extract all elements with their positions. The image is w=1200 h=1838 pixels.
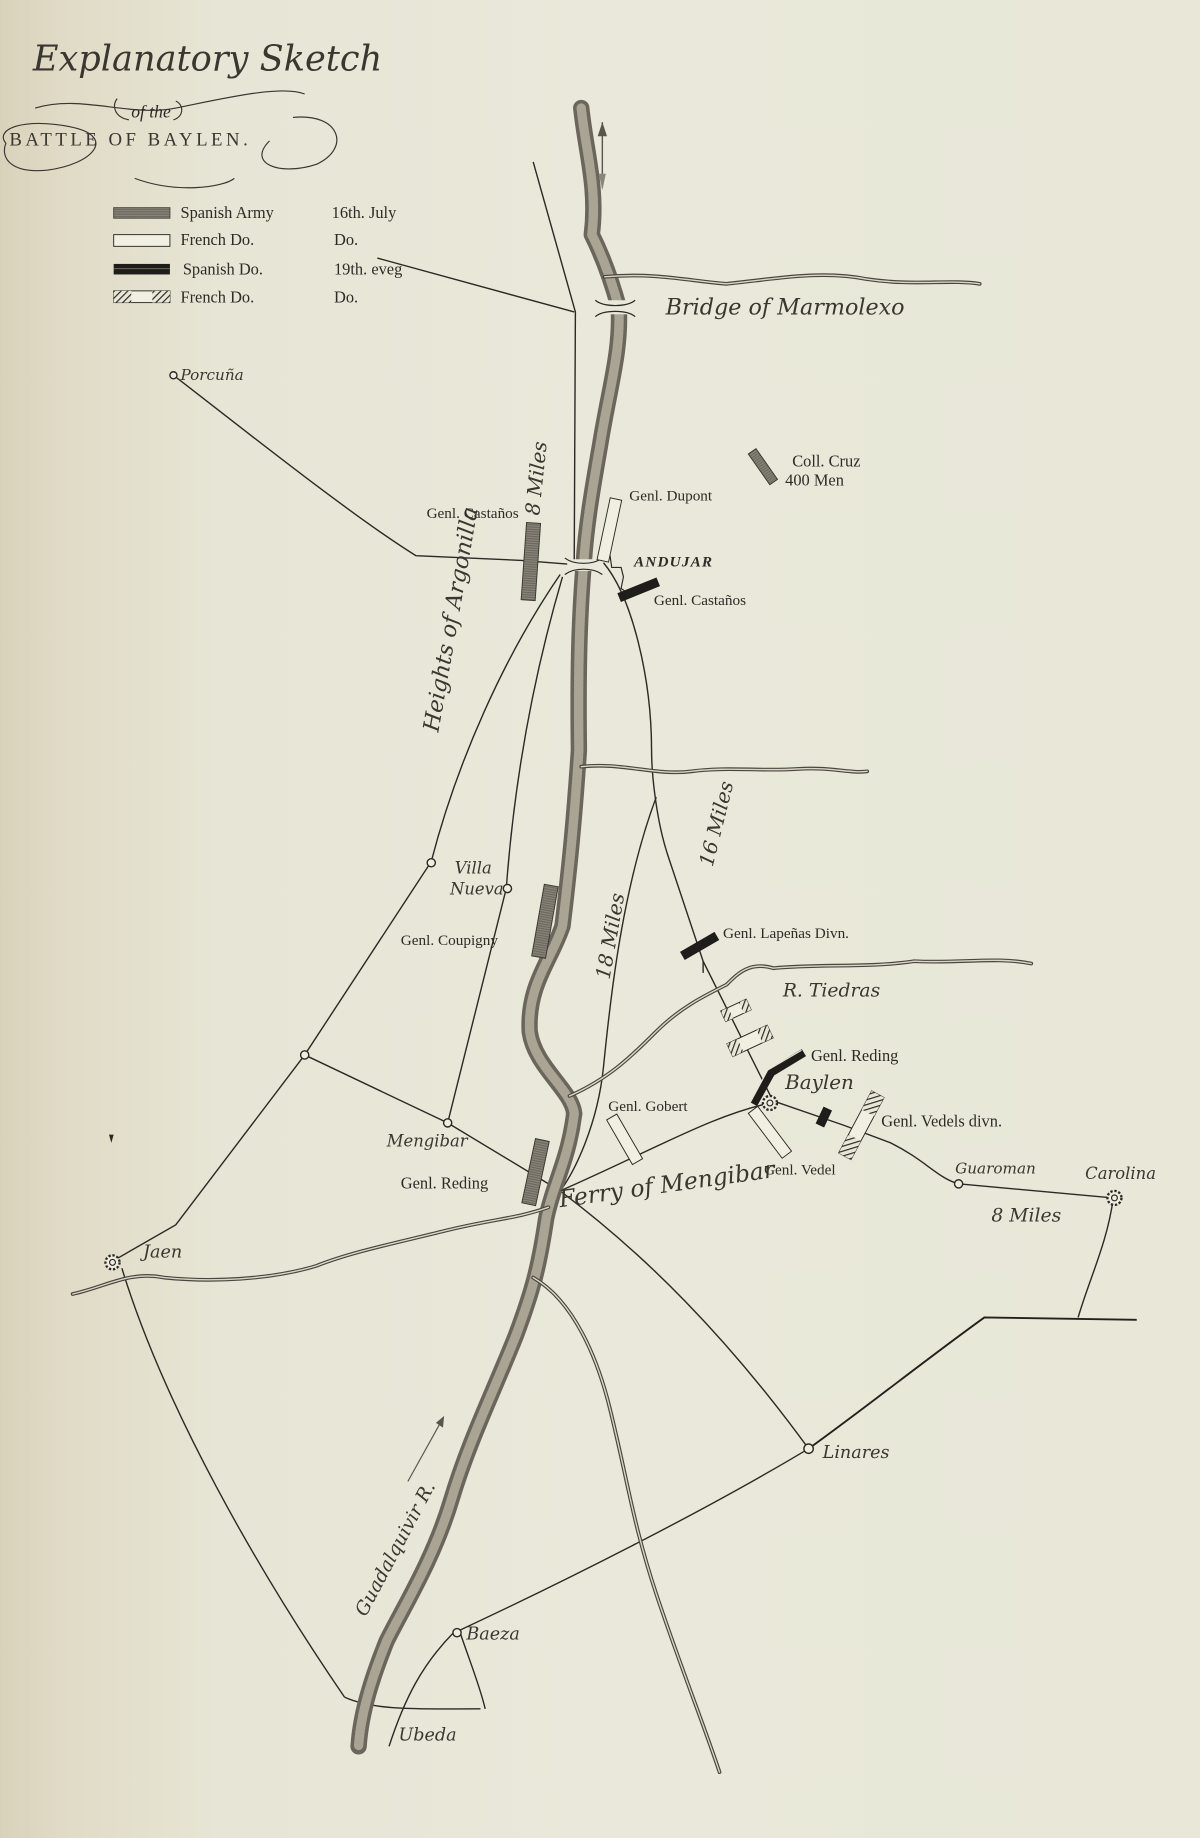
label-baeza: Baeza xyxy=(465,1625,520,1645)
label-dupont: Genl. Dupont xyxy=(629,488,713,505)
unit-gobert xyxy=(607,1114,643,1165)
town-marker-mengibar xyxy=(444,1119,452,1127)
label-coupigny: Genl. Coupigny xyxy=(401,932,499,949)
legend-label: Spanish Army xyxy=(180,203,274,222)
legend: Spanish Army 16th. July French Do. Do. S… xyxy=(114,203,403,306)
title-line3: BATTLE OF BAYLEN. xyxy=(9,130,251,151)
legend-label: French Do. xyxy=(180,230,254,249)
label-vedels-div: Genl. Vedels divn. xyxy=(881,1111,1002,1130)
distance-label: 8 Miles xyxy=(521,440,552,516)
ink-blot xyxy=(109,1135,114,1143)
legend-item-french-19: French Do. Do. xyxy=(114,288,358,307)
town-marker-baeza xyxy=(453,1629,461,1637)
unit-dupont xyxy=(597,498,622,562)
label-castanos-16: Genl. Castaños xyxy=(427,505,519,522)
legend-item-spanish-16: Spanish Army 16th. July xyxy=(114,203,397,222)
legend-date: 16th. July xyxy=(332,203,397,222)
label-lapenas: Genl. Lapeñas Divn. xyxy=(723,925,849,942)
title-cartouche: Explanatory Sketch of the BATTLE OF BAYL… xyxy=(3,39,382,188)
unit-castanos-16 xyxy=(521,523,540,601)
unit-lapenas xyxy=(680,932,719,960)
map-page: Explanatory Sketch of the BATTLE OF BAYL… xyxy=(0,0,1200,1838)
distance-label: 8 Miles xyxy=(991,1205,1061,1226)
place-labels: Bridge of Marmolexo Porcuña ANDUJAR Vill… xyxy=(140,294,1156,1745)
label-reding-16: Genl. Reding xyxy=(401,1174,488,1193)
river-flow-arrow-icon xyxy=(408,1416,444,1482)
legend-label: Spanish Do. xyxy=(183,259,263,278)
legend-item-french-16: French Do. Do. xyxy=(114,230,358,249)
label-ferry-mengibar: Ferry of Mengibar xyxy=(556,1155,778,1213)
legend-date: Do. xyxy=(334,230,358,249)
label-villa: Villa xyxy=(455,858,492,877)
label-gobert: Genl. Gobert xyxy=(608,1098,688,1115)
battle-map: Explanatory Sketch of the BATTLE OF BAYL… xyxy=(0,0,1200,1838)
city-marker-baylen xyxy=(763,1096,777,1110)
label-jaen: Jaen xyxy=(140,1243,182,1263)
label-cruz: Coll. Cruz xyxy=(792,452,860,471)
town-marker-porcuna xyxy=(170,372,177,379)
label-mengibar: Mengibar xyxy=(386,1131,469,1150)
unit-french-19-a xyxy=(721,999,751,1022)
label-heights-argonilla: Heights of Argonilla xyxy=(418,505,483,735)
town-marker-villa-nueva xyxy=(503,884,511,892)
legend-label: French Do. xyxy=(180,288,254,307)
distance-label: 16 Miles xyxy=(695,779,738,869)
rivers xyxy=(73,108,1032,1772)
distance-label: 18 Miles xyxy=(592,891,630,980)
label-vedel: Genl. Vedel xyxy=(764,1161,836,1178)
label-andujar: ANDUJAR xyxy=(633,553,713,570)
unit-cruz xyxy=(748,449,777,485)
city-marker-carolina xyxy=(1107,1191,1121,1205)
roads xyxy=(113,162,1137,1746)
junction-marker xyxy=(301,1051,309,1059)
towns xyxy=(105,372,1121,1637)
town-marker-linares xyxy=(804,1444,813,1453)
label-porcuna: Porcuña xyxy=(179,366,243,384)
label-nueva: Nueva xyxy=(449,879,504,898)
legend-item-spanish-19: Spanish Do. 19th. eveg xyxy=(114,259,403,278)
city-marker-jaen xyxy=(105,1255,119,1269)
unit-vedel xyxy=(748,1106,791,1158)
title-line1: Explanatory Sketch xyxy=(32,39,382,80)
label-r-tiedras: R. Tiedras xyxy=(782,980,880,1001)
label-guaroman: Guaroman xyxy=(955,1159,1036,1177)
title-line2: of the xyxy=(131,101,171,121)
label-reding-19: Genl. Reding xyxy=(811,1046,898,1065)
unit-french-19-b xyxy=(727,1025,773,1057)
label-carolina: Carolina xyxy=(1085,1164,1156,1183)
label-ubeda: Ubeda xyxy=(398,1725,456,1745)
town-marker-guaroman xyxy=(954,1180,962,1188)
label-castanos-19: Genl. Castaños xyxy=(654,592,746,609)
label-cruz-men: 400 Men xyxy=(785,470,844,489)
label-bridge-marmolexo: Bridge of Marmolexo xyxy=(665,294,905,320)
label-baylen: Baylen xyxy=(784,1071,854,1094)
junction-marker xyxy=(427,859,435,867)
legend-date: Do. xyxy=(334,288,358,307)
label-linares: Linares xyxy=(822,1443,890,1463)
